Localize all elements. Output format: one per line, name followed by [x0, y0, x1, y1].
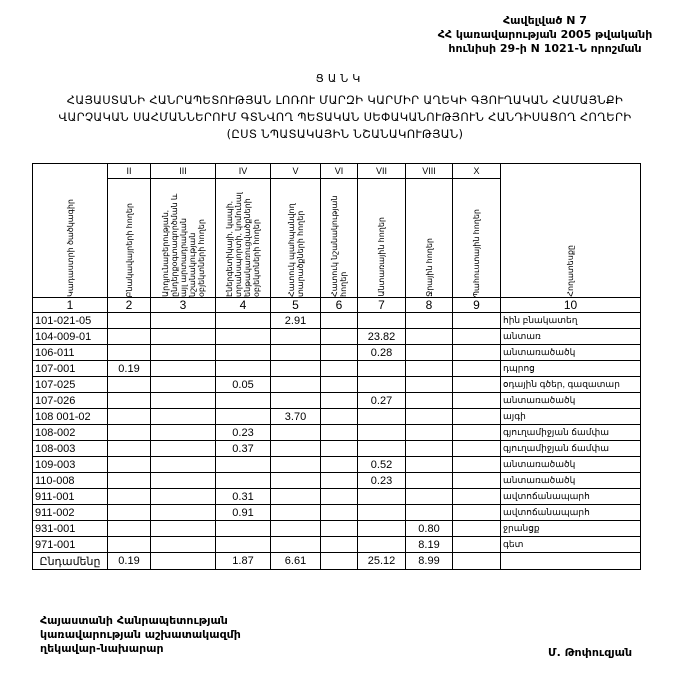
title-line-1: ՀԱՅԱՍՏԱՆԻ ՀԱՆՐԱՊԵՏՈՒԹՅԱՆ ԼՈՌՈՒ ՄԱՐԶԻ ԿԱՐ… [20, 92, 670, 109]
signatory-line-1: Հայաստանի Հանրապետության [40, 614, 241, 628]
area-cell [358, 441, 406, 457]
area-cell [151, 329, 216, 345]
area-cell [271, 537, 321, 553]
approval-line-3: հունիսի 29-ի N 1021-Ն որոշման [400, 42, 680, 56]
area-cell: 0.52 [358, 457, 406, 473]
column-header-3: Արդյունաբերության, ընդերքօգտագործման և ա… [151, 179, 216, 298]
cadastral-code: 104-009-01 [33, 329, 108, 345]
column-number-row: 1 2 3 4 5 6 7 8 9 10 [33, 298, 641, 313]
document-title: ՀԱՅԱՍՏԱՆԻ ՀԱՆՐԱՊԵՏՈՒԹՅԱՆ ԼՈՌՈՒ ՄԱՐԶԻ ԿԱՐ… [20, 92, 670, 143]
column-roman-3: III [151, 164, 216, 179]
column-roman-5: V [271, 164, 321, 179]
column-header-8: Ջրային հողեր [406, 179, 453, 298]
cadastral-code: 911-001 [33, 489, 108, 505]
area-cell [321, 505, 358, 521]
table-row: 971-0018.19գետ [33, 537, 641, 553]
area-cell [108, 441, 151, 457]
area-cell [358, 505, 406, 521]
area-cell [108, 409, 151, 425]
column-number: 3 [151, 298, 216, 313]
land-type: անտառ [501, 329, 641, 345]
area-cell [358, 409, 406, 425]
column-roman-2: II [108, 164, 151, 179]
area-cell [151, 345, 216, 361]
area-cell [406, 473, 453, 489]
land-type: անտառածածկ [501, 393, 641, 409]
land-type: անտառածածկ [501, 457, 641, 473]
area-cell [271, 425, 321, 441]
area-cell [453, 313, 501, 329]
area-cell [216, 345, 271, 361]
area-cell [151, 489, 216, 505]
area-cell: 0.23 [358, 473, 406, 489]
area-cell [358, 313, 406, 329]
approval-line-2: ՀՀ կառավարության 2005 թվականի [400, 28, 680, 42]
area-cell [321, 393, 358, 409]
column-header-1: Կադաստրի ծածկագիր [33, 164, 108, 298]
signatory-name: Մ. Թոփուզյան [548, 646, 632, 659]
cadastral-code: 108 001-02 [33, 409, 108, 425]
column-header-4: Էներգետիկայի, կապի, տրանսպորտի, կոմունալ… [216, 179, 271, 298]
table-row: 109-0030.52անտառածածկ [33, 457, 641, 473]
total-cell [321, 553, 358, 570]
area-cell [151, 377, 216, 393]
area-cell [453, 457, 501, 473]
area-cell [151, 473, 216, 489]
area-cell [151, 537, 216, 553]
land-type: այգի [501, 409, 641, 425]
area-cell [321, 377, 358, 393]
area-cell [151, 441, 216, 457]
area-cell [151, 505, 216, 521]
area-cell [453, 425, 501, 441]
area-cell [216, 409, 271, 425]
column-roman-4: IV [216, 164, 271, 179]
area-cell [321, 537, 358, 553]
area-cell [358, 425, 406, 441]
column-number: 7 [358, 298, 406, 313]
area-cell [216, 329, 271, 345]
column-header-2: Բնակավայրերի հողեր [108, 179, 151, 298]
area-cell: 0.37 [216, 441, 271, 457]
cadastral-code: 108-002 [33, 425, 108, 441]
area-cell [453, 329, 501, 345]
title-line-3: (ԸՍՏ ՆՊԱՏԱԿԱՅԻՆ ՆՇԱՆԱԿՈՒԹՅԱՆ) [20, 126, 670, 143]
area-cell [271, 361, 321, 377]
area-cell [108, 345, 151, 361]
table-row: 101-021-052.91հին բնակատեղ [33, 313, 641, 329]
area-cell [271, 489, 321, 505]
area-cell [358, 489, 406, 505]
total-cell [151, 553, 216, 570]
table-row: 108-0030.37գյուղամիջյան ճամփա [33, 441, 641, 457]
signatory-line-3: ղեկավար-նախարար [40, 642, 241, 656]
table-body: 101-021-052.91հին բնակատեղ104-009-0123.8… [33, 313, 641, 553]
area-cell [321, 489, 358, 505]
total-cell: 1.87 [216, 553, 271, 570]
area-cell [108, 313, 151, 329]
land-type: հին բնակատեղ [501, 313, 641, 329]
cadastral-code: 109-003 [33, 457, 108, 473]
cadastral-code: 110-008 [33, 473, 108, 489]
area-cell [406, 505, 453, 521]
area-cell [406, 313, 453, 329]
area-cell [321, 361, 358, 377]
table-row: 110-0080.23անտառածածկ [33, 473, 641, 489]
area-cell [358, 537, 406, 553]
column-roman-6: VI [321, 164, 358, 179]
area-cell [321, 457, 358, 473]
table-row: 107-0250.05օդային գծեր, գազատար [33, 377, 641, 393]
signatory-title: Հայաստանի Հանրապետության կառավարության ա… [40, 614, 241, 656]
area-cell [151, 425, 216, 441]
area-cell [406, 393, 453, 409]
area-cell [151, 313, 216, 329]
area-cell [108, 521, 151, 537]
column-number: 1 [33, 298, 108, 313]
area-cell [216, 473, 271, 489]
column-number: 4 [216, 298, 271, 313]
land-table: Կադաստրի ծածկագիր II III IV V VI VII VII… [32, 163, 641, 570]
land-type: ավտոճանապարհ [501, 505, 641, 521]
column-number: 10 [501, 298, 641, 313]
total-cell [453, 553, 501, 570]
area-cell [271, 377, 321, 393]
land-type: օդային գծեր, գազատար [501, 377, 641, 393]
cadastral-code: 106-011 [33, 345, 108, 361]
cadastral-code: 108-003 [33, 441, 108, 457]
area-cell: 0.31 [216, 489, 271, 505]
area-cell [108, 537, 151, 553]
column-number: 2 [108, 298, 151, 313]
area-cell [453, 345, 501, 361]
area-cell [108, 489, 151, 505]
area-cell [321, 425, 358, 441]
area-cell [151, 393, 216, 409]
area-cell [406, 345, 453, 361]
column-header-5: Հատուկ պահպանվող տարածքների հողեր [271, 179, 321, 298]
approval-line-1: Հավելված N 7 [400, 14, 680, 28]
area-cell [321, 521, 358, 537]
area-cell: 2.91 [271, 313, 321, 329]
area-cell [108, 329, 151, 345]
area-cell [358, 377, 406, 393]
column-roman-7: VII [358, 164, 406, 179]
table-row: 108-0020.23գյուղամիջյան ճամփա [33, 425, 641, 441]
area-cell [151, 521, 216, 537]
area-cell [108, 457, 151, 473]
area-cell [406, 441, 453, 457]
area-cell [108, 393, 151, 409]
area-cell [406, 489, 453, 505]
area-cell [271, 441, 321, 457]
area-cell [108, 425, 151, 441]
area-cell: 23.82 [358, 329, 406, 345]
column-header-7: Անտառային հողեր [358, 179, 406, 298]
cadastral-code: 101-021-05 [33, 313, 108, 329]
area-cell [358, 361, 406, 377]
area-cell [108, 473, 151, 489]
column-header-10: Հողատեսքը [501, 164, 641, 298]
area-cell [453, 473, 501, 489]
table-row: 911-0020.91ավտոճանապարհ [33, 505, 641, 521]
table-row: 107-0260.27անտառածածկ [33, 393, 641, 409]
area-cell [151, 361, 216, 377]
area-cell: 0.80 [406, 521, 453, 537]
area-cell [108, 505, 151, 521]
signatory-line-2: կառավարության աշխատակազմի [40, 628, 241, 642]
area-cell [216, 537, 271, 553]
total-cell: 6.61 [271, 553, 321, 570]
column-header-6: Հատուկ նշանակության հողեր [321, 179, 358, 298]
area-cell [453, 441, 501, 457]
area-cell [321, 441, 358, 457]
area-cell [108, 377, 151, 393]
area-cell [216, 521, 271, 537]
total-cell [501, 553, 641, 570]
area-cell [358, 521, 406, 537]
approval-note: Հավելված N 7 ՀՀ կառավարության 2005 թվակա… [400, 14, 680, 56]
total-label: Ընդամենը [33, 553, 108, 570]
area-cell: 0.19 [108, 361, 151, 377]
area-cell [453, 377, 501, 393]
land-type: գյուղամիջյան ճամփա [501, 441, 641, 457]
area-cell: 0.28 [358, 345, 406, 361]
area-cell: 8.19 [406, 537, 453, 553]
area-cell: 0.23 [216, 425, 271, 441]
cadastral-code: 971-001 [33, 537, 108, 553]
land-type: դպրոց [501, 361, 641, 377]
land-type: անտառածածկ [501, 473, 641, 489]
land-type: ջրանցք [501, 521, 641, 537]
area-cell [321, 473, 358, 489]
column-header-9: Պահուստային հողեր [453, 179, 501, 298]
area-cell [216, 313, 271, 329]
area-cell [453, 361, 501, 377]
area-cell [453, 537, 501, 553]
total-cell: 8.99 [406, 553, 453, 570]
total-row: Ընդամենը 0.19 1.87 6.61 25.12 8.99 [33, 553, 641, 570]
area-cell [321, 409, 358, 425]
area-cell [406, 409, 453, 425]
area-cell [271, 345, 321, 361]
cadastral-code: 107-001 [33, 361, 108, 377]
column-number: 6 [321, 298, 358, 313]
table-row: 108 001-023.70այգի [33, 409, 641, 425]
area-cell [453, 393, 501, 409]
table-row: 911-0010.31ավտոճանապարհ [33, 489, 641, 505]
cadastral-code: 911-002 [33, 505, 108, 521]
area-cell: 3.70 [271, 409, 321, 425]
area-cell [321, 313, 358, 329]
area-cell: 0.91 [216, 505, 271, 521]
area-cell [321, 329, 358, 345]
area-cell [406, 457, 453, 473]
area-cell [453, 409, 501, 425]
land-type: գետ [501, 537, 641, 553]
area-cell [406, 377, 453, 393]
area-cell [216, 361, 271, 377]
table-row: 104-009-0123.82անտառ [33, 329, 641, 345]
title-line-2: ՎԱՐՉԱԿԱՆ ՍԱՀՄԱՆՆԵՐՈՒՄ ԳՏՆՎՈՂ ՊԵՏԱԿԱՆ ՍԵՓ… [20, 109, 670, 126]
area-cell [271, 457, 321, 473]
area-cell [406, 425, 453, 441]
area-cell [321, 345, 358, 361]
area-cell [216, 457, 271, 473]
column-roman-8: VIII [406, 164, 453, 179]
column-number: 8 [406, 298, 453, 313]
cadastral-code: 107-025 [33, 377, 108, 393]
area-cell [406, 329, 453, 345]
total-cell: 25.12 [358, 553, 406, 570]
land-type: անտառածածկ [501, 345, 641, 361]
table-row: 931-0010.80ջրանցք [33, 521, 641, 537]
area-cell [151, 409, 216, 425]
document-kind: ՑԱՆԿ [0, 72, 680, 85]
table-row: 107-0010.19դպրոց [33, 361, 641, 377]
cadastral-code: 931-001 [33, 521, 108, 537]
area-cell [453, 489, 501, 505]
land-type: ավտոճանապարհ [501, 489, 641, 505]
column-roman-9: X [453, 164, 501, 179]
area-cell [271, 521, 321, 537]
cadastral-code: 107-026 [33, 393, 108, 409]
area-cell [271, 473, 321, 489]
total-cell: 0.19 [108, 553, 151, 570]
area-cell [453, 521, 501, 537]
area-cell [271, 393, 321, 409]
area-cell: 0.05 [216, 377, 271, 393]
area-cell [406, 361, 453, 377]
area-cell [151, 457, 216, 473]
area-cell [271, 329, 321, 345]
column-number: 5 [271, 298, 321, 313]
area-cell [453, 505, 501, 521]
area-cell: 0.27 [358, 393, 406, 409]
area-cell [216, 393, 271, 409]
land-type: գյուղամիջյան ճամփա [501, 425, 641, 441]
column-number: 9 [453, 298, 501, 313]
area-cell [271, 505, 321, 521]
table-row: 106-0110.28անտառածածկ [33, 345, 641, 361]
